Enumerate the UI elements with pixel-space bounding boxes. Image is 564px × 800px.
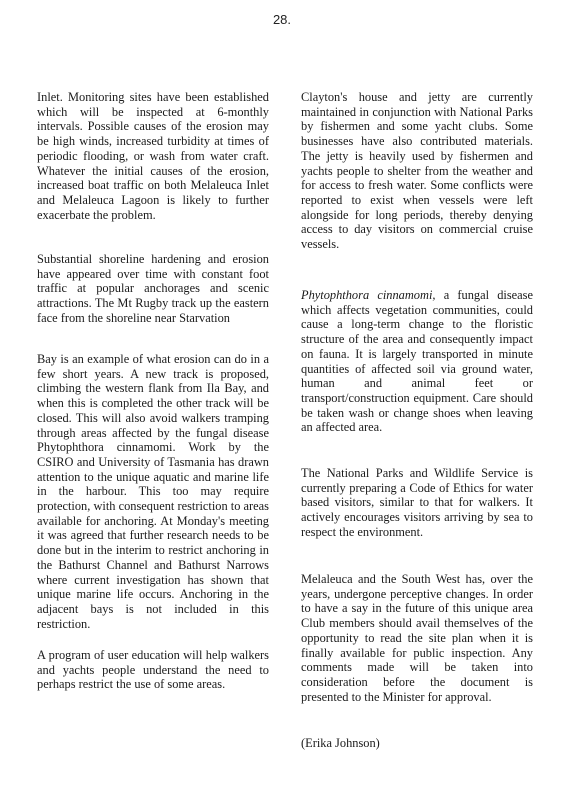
paragraph-erosion-monitoring: Inlet. Monitoring sites have been establ… xyxy=(37,90,269,222)
paragraph-phytophthora: Phytophthora cinnamomi, a fungal disease… xyxy=(301,288,533,435)
paragraph-code-of-ethics: The National Parks and Wildlife Service … xyxy=(301,466,533,540)
paragraph-claytons-house: Clayton's house and jetty are currently … xyxy=(301,90,533,252)
paragraph-shoreline-hardening: Substantial shoreline hardening and eros… xyxy=(37,252,269,326)
page-number: 28. xyxy=(0,12,564,27)
paragraph-site-plan: Melaleuca and the South West has, over t… xyxy=(301,572,533,704)
author-signature: (Erika Johnson) xyxy=(301,736,533,751)
paragraph-starvation-bay: Bay is an example of what erosion can do… xyxy=(37,352,269,631)
paragraph-user-education: A program of user education will help wa… xyxy=(37,648,269,692)
species-name: Phytophthora cinnamomi, xyxy=(301,288,436,302)
